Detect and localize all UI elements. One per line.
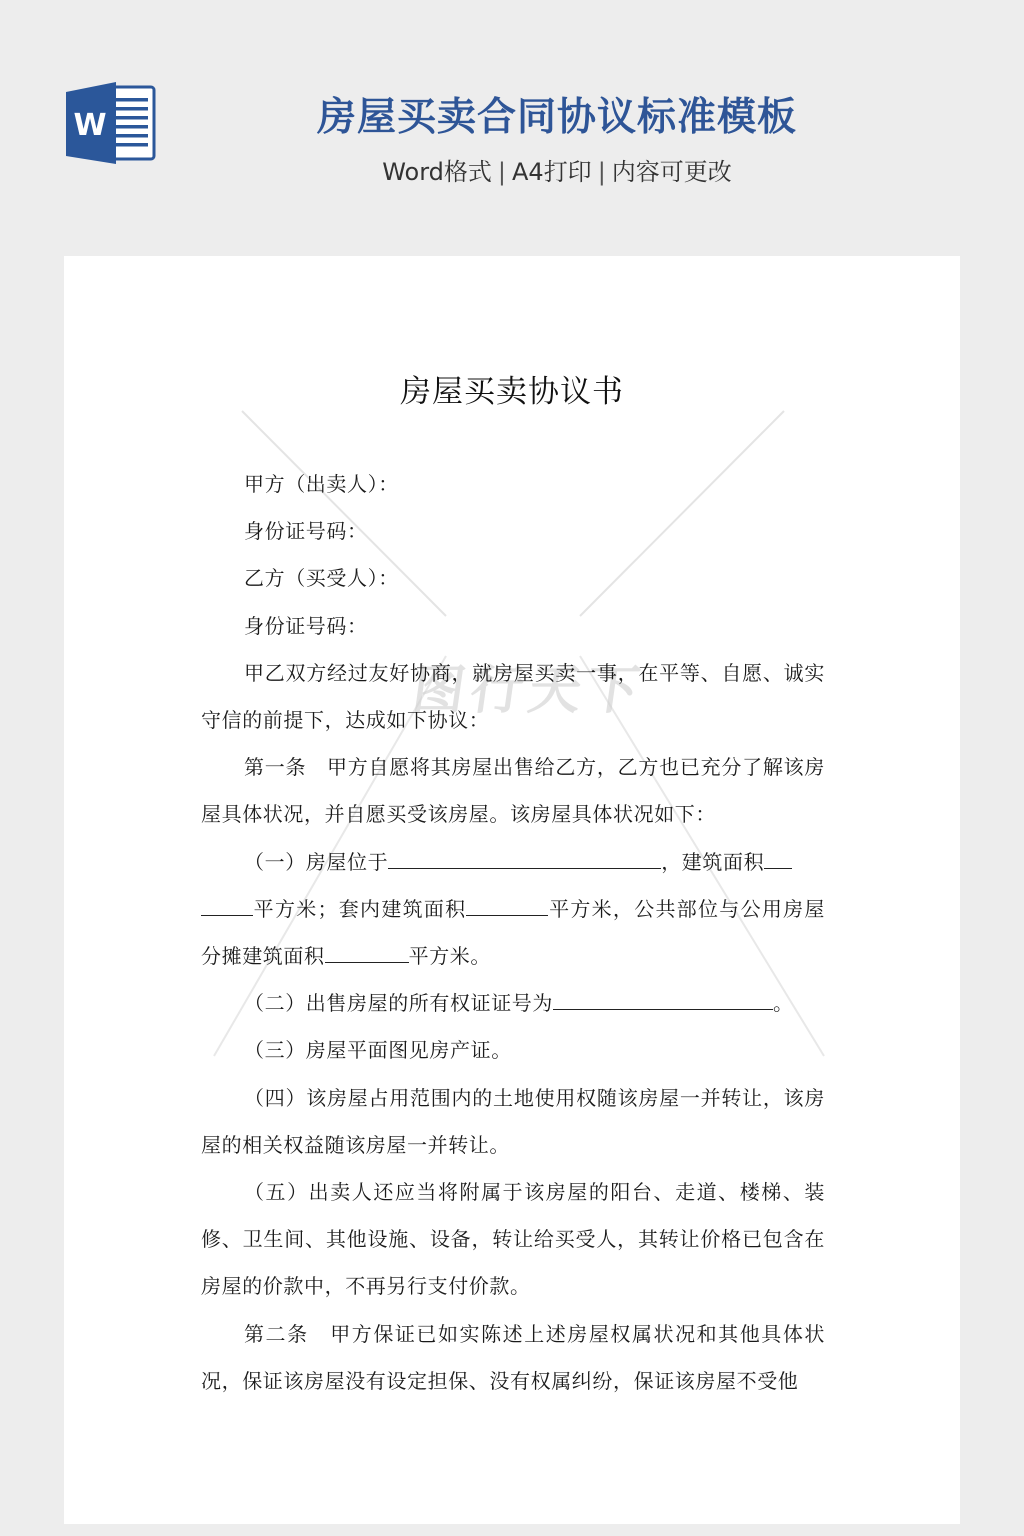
document-title: 房屋买卖协议书 — [64, 366, 960, 411]
item-2-text: 。 — [773, 993, 794, 1015]
preamble-paragraph: 甲乙双方经过友好协商，就房屋买卖一事，在平等、自愿、诚实守信的前提下，达成如下协… — [201, 651, 825, 745]
document-body: 甲方（出卖人）： 身份证号码： 乙方（买受人）： 身份证号码： 甲乙双方经过友好… — [201, 462, 825, 1406]
party-b-id-line: 身份证号码： — [201, 604, 825, 651]
item-2-text: （二）出售房屋的所有权证证号为 — [244, 993, 553, 1015]
document-page: 图行天下 房屋买卖协议书 甲方（出卖人）： 身份证号码： 乙方（买受人）： 身份… — [64, 256, 960, 1524]
template-subtitle: Word格式|A4打印|内容可更改 — [300, 154, 814, 190]
location-blank[interactable] — [388, 850, 661, 869]
word-document-icon: W — [64, 80, 158, 166]
building-area-blank[interactable] — [201, 897, 253, 916]
shared-area-blank[interactable] — [325, 944, 409, 963]
party-b-line: 乙方（买受人）： — [201, 556, 825, 603]
editable-label: 内容可更改 — [612, 158, 732, 186]
svg-text:W: W — [73, 108, 106, 143]
item-5-paragraph: （五）出卖人还应当将附属于该房屋的阳台、走道、楼梯、装修、卫生间、其他设施、设备… — [201, 1170, 825, 1312]
article-1-paragraph: 第一条 甲方自愿将其房屋出售给乙方，乙方也已充分了解该房屋具体状况，并自愿买受该… — [201, 745, 825, 839]
item-1-text: ，建筑面积 — [661, 852, 764, 874]
separator: | — [598, 158, 606, 186]
item-1-text: 平方米。 — [409, 946, 491, 968]
party-a-line: 甲方（出卖人）： — [201, 462, 825, 509]
certificate-number-blank[interactable] — [553, 991, 773, 1010]
item-2-paragraph: （二）出售房屋的所有权证证号为。 — [201, 981, 825, 1028]
item-1-text: （一）房屋位于 — [244, 852, 388, 874]
format-label: Word格式 — [382, 158, 492, 186]
item-1-text: 平方米；套内建筑面积 — [253, 899, 466, 921]
article-2-paragraph: 第二条 甲方保证已如实陈述上述房屋权属状况和其他具体状况，保证该房屋没有设定担保… — [201, 1312, 825, 1406]
template-header: W 房屋买卖合同协议标准模板 Word格式|A4打印|内容可更改 — [0, 0, 1024, 256]
party-a-id-line: 身份证号码： — [201, 509, 825, 556]
item-3-paragraph: （三）房屋平面图见房产证。 — [201, 1028, 825, 1075]
separator: | — [498, 158, 506, 186]
template-title: 房屋买卖合同协议标准模板 — [300, 92, 814, 144]
item-1-paragraph: （一）房屋位于，建筑面积平方米；套内建筑面积平方米，公共部位与公用房屋分摊建筑面… — [201, 840, 825, 982]
building-area-blank-part1[interactable] — [764, 850, 792, 869]
item-4-paragraph: （四）该房屋占用范围内的土地使用权随该房屋一并转让，该房屋的相关权益随该房屋一并… — [201, 1076, 825, 1170]
inner-area-blank[interactable] — [466, 897, 548, 916]
print-label: A4打印 — [512, 158, 592, 186]
